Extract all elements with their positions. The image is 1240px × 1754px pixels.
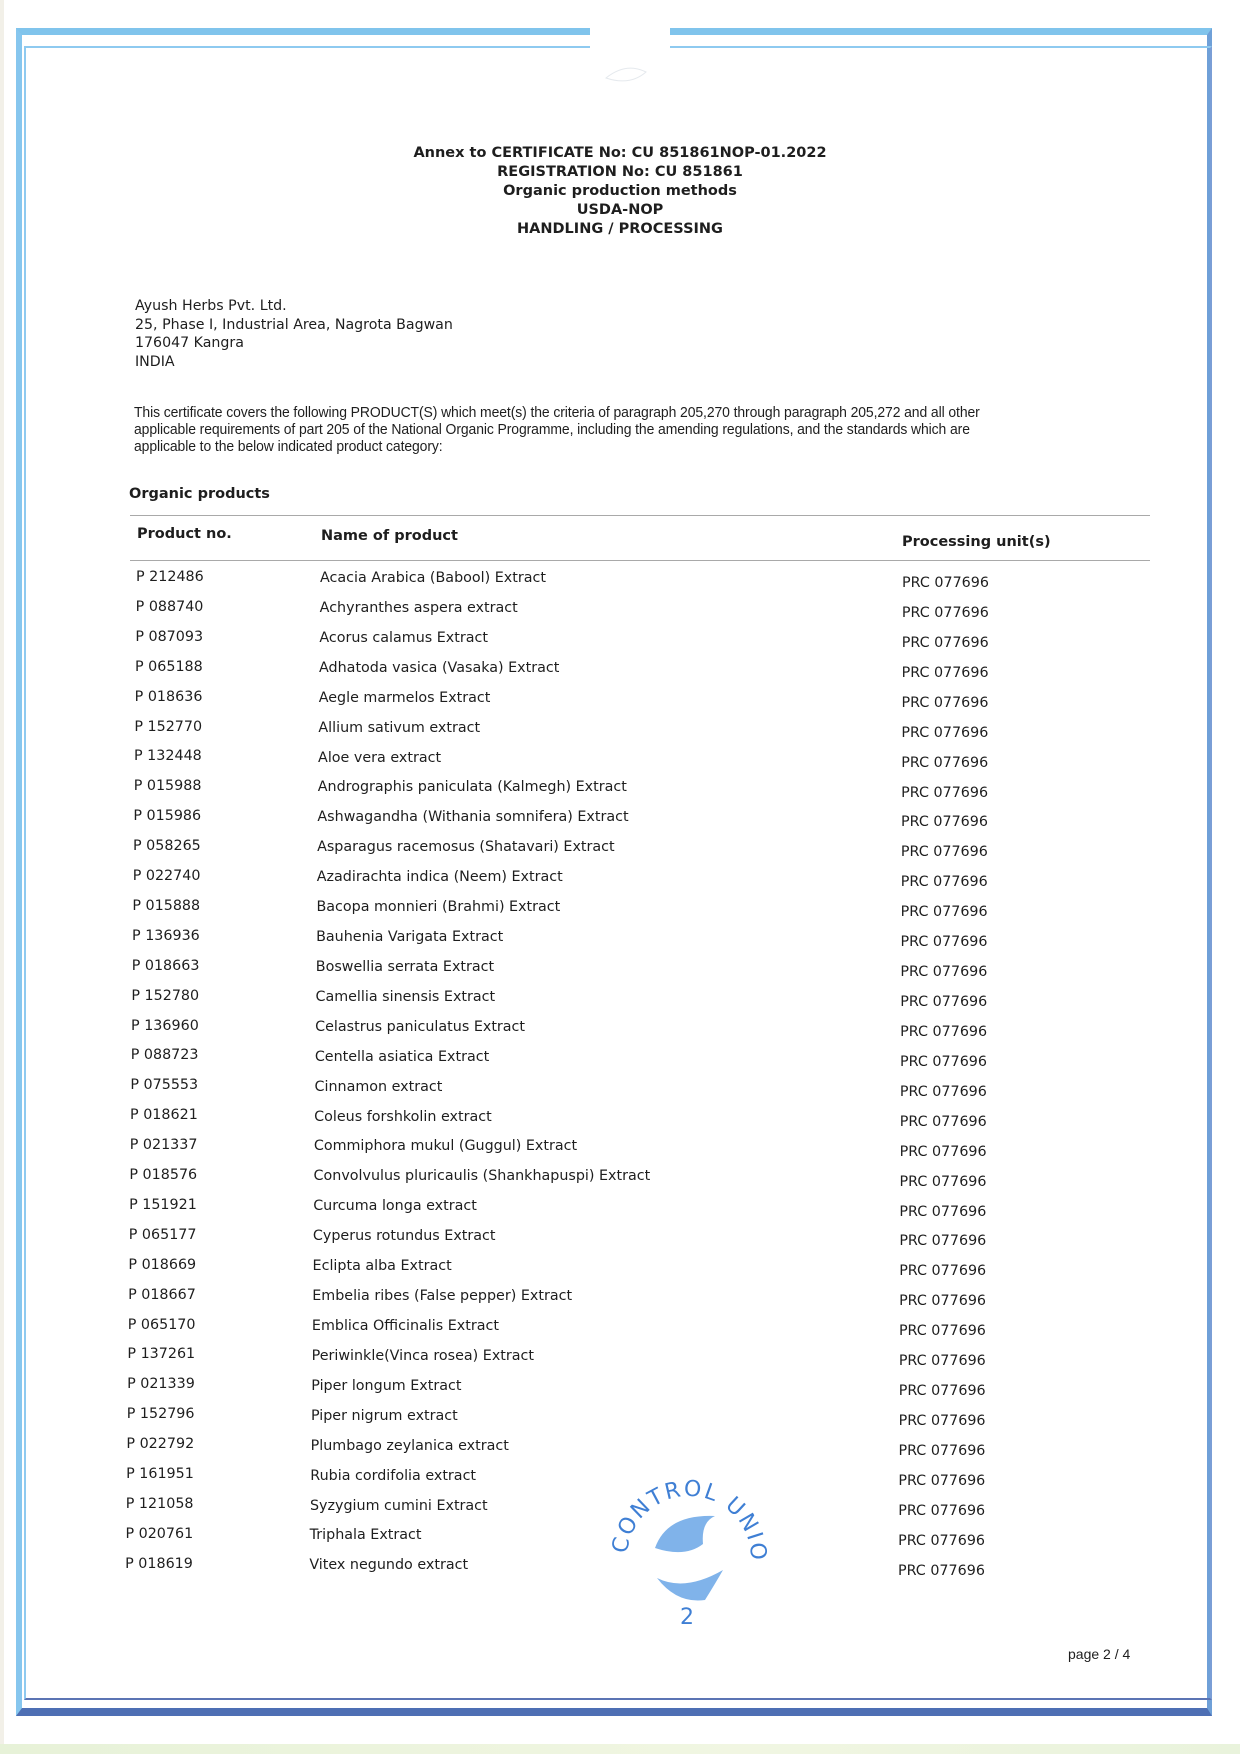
product-name: Vitex negundo extract [309, 1557, 468, 1573]
processing-unit: PRC 077696 [901, 934, 988, 950]
table-row: P 132448Aloe vera extractPRC 077696 [0, 748, 1240, 778]
table-row: P 151921Curcuma longa extractPRC 077696 [0, 1197, 1240, 1227]
country: INDIA [135, 353, 453, 372]
processing-unit: PRC 077696 [901, 814, 988, 830]
processing-unit: PRC 077696 [902, 605, 989, 621]
operator-address: Ayush Herbs Pvt. Ltd. 25, Phase I, Indus… [135, 297, 453, 371]
table-row: P 018636Aegle marmelos ExtractPRC 077696 [0, 689, 1240, 719]
product-name: Plumbago zeylanica extract [311, 1438, 509, 1454]
table-row: P 212486Acacia Arabica (Babool) ExtractP… [0, 569, 1240, 599]
product-name: Aloe vera extract [318, 750, 441, 766]
table-row: P 065188Adhatoda vasica (Vasaka) Extract… [0, 659, 1240, 689]
product-number: P 065177 [129, 1227, 197, 1243]
product-name: Piper longum Extract [311, 1378, 461, 1394]
product-number: P 018636 [135, 689, 203, 705]
processing-unit: PRC 077696 [900, 1084, 987, 1100]
product-number: P 152780 [131, 988, 199, 1004]
product-number: P 021337 [130, 1137, 198, 1153]
product-number: P 015888 [132, 898, 200, 914]
processing-unit: PRC 077696 [898, 1533, 985, 1549]
processing-unit: PRC 077696 [902, 695, 989, 711]
product-name: Boswellia serrata Extract [316, 959, 494, 975]
product-number: P 065188 [135, 659, 203, 675]
product-number: P 058265 [133, 838, 201, 854]
product-name: Ashwagandha (Withania somnifera) Extract [317, 809, 628, 825]
product-number: P 018663 [132, 958, 200, 974]
product-number: P 022740 [133, 868, 201, 884]
column-header-product-name: Name of product [321, 528, 458, 544]
table-row: P 022740Azadirachta indica (Neem) Extrac… [0, 868, 1240, 898]
product-number: P 161951 [126, 1466, 194, 1482]
processing-unit: PRC 077696 [901, 785, 988, 801]
processing-unit: PRC 077696 [898, 1443, 985, 1459]
street: 25, Phase I, Industrial Area, Nagrota Ba… [135, 316, 453, 335]
processing-unit: PRC 077696 [899, 1323, 986, 1339]
processing-unit: PRC 077696 [899, 1293, 986, 1309]
certificate-number: Annex to CERTIFICATE No: CU 851861NOP-01… [0, 144, 1240, 163]
processing-unit: PRC 077696 [900, 1144, 987, 1160]
table-row: P 018669Eclipta alba ExtractPRC 077696 [0, 1257, 1240, 1287]
product-number: P 018669 [128, 1257, 196, 1273]
processing-unit: PRC 077696 [902, 665, 989, 681]
processing-unit: PRC 077696 [899, 1413, 986, 1429]
product-number: P 137261 [127, 1346, 195, 1362]
product-name: Cyperus rotundus Extract [313, 1228, 496, 1244]
processing-unit: PRC 077696 [898, 1563, 985, 1579]
intro-line: This certificate covers the following PR… [134, 404, 1092, 421]
processing-unit: PRC 077696 [901, 844, 988, 860]
product-name: Syzygium cumini Extract [310, 1498, 488, 1514]
product-number: P 121058 [126, 1496, 194, 1512]
svg-text:2: 2 [680, 1605, 694, 1628]
processing-unit: PRC 077696 [898, 1473, 985, 1489]
product-name: Piper nigrum extract [311, 1408, 458, 1424]
product-name: Convolvulus pluricaulis (Shankhapuspi) E… [314, 1168, 651, 1184]
processing-unit: PRC 077696 [900, 1054, 987, 1070]
processing-unit: PRC 077696 [900, 994, 987, 1010]
product-name: Triphala Extract [310, 1527, 422, 1543]
table-row: P 018663Boswellia serrata ExtractPRC 077… [0, 958, 1240, 988]
table-row: P 152770Allium sativum extractPRC 077696 [0, 719, 1240, 749]
product-name: Bacopa monnieri (Brahmi) Extract [316, 899, 560, 915]
table-header-rule [130, 560, 1150, 561]
table-row: P 021337Commiphora mukul (Guggul) Extrac… [0, 1137, 1240, 1167]
table-top-rule [130, 515, 1150, 516]
table-row: P 088723Centella asiatica ExtractPRC 077… [0, 1047, 1240, 1077]
city: 176047 Kangra [135, 334, 453, 353]
product-name: Cinnamon extract [315, 1079, 443, 1095]
table-row: P 152780Camellia sinensis ExtractPRC 077… [0, 988, 1240, 1018]
product-name: Centella asiatica Extract [315, 1049, 489, 1065]
table-row: P 075553Cinnamon extractPRC 077696 [0, 1077, 1240, 1107]
product-number: P 020761 [125, 1526, 193, 1542]
processing-unit: PRC 077696 [900, 964, 987, 980]
processing-unit: PRC 077696 [900, 1114, 987, 1130]
processing-unit: PRC 077696 [901, 755, 988, 771]
processing-unit: PRC 077696 [902, 575, 989, 591]
registration-number: REGISTRATION No: CU 851861 [0, 163, 1240, 182]
table-row: P 065177Cyperus rotundus ExtractPRC 0776… [0, 1227, 1240, 1257]
table-row: P 136936Bauhenia Varigata ExtractPRC 077… [0, 928, 1240, 958]
product-number: P 018621 [130, 1107, 198, 1123]
product-number: P 018667 [128, 1287, 196, 1303]
table-row: P 018667Embelia ribes (False pepper) Ext… [0, 1287, 1240, 1317]
product-name: Curcuma longa extract [313, 1198, 477, 1214]
processing-unit: PRC 077696 [899, 1263, 986, 1279]
product-name: Coleus forshkolin extract [314, 1109, 492, 1125]
table-row: P 015986Ashwagandha (Withania somnifera)… [0, 808, 1240, 838]
product-name: Bauhenia Varigata Extract [316, 929, 503, 945]
product-number: P 015986 [133, 808, 201, 824]
processing-unit: PRC 077696 [899, 1353, 986, 1369]
product-number: P 088740 [136, 599, 204, 615]
product-name: Rubia cordifolia extract [310, 1468, 476, 1484]
border-gap [590, 20, 670, 56]
table-row: P 065170Emblica Officinalis ExtractPRC 0… [0, 1317, 1240, 1347]
product-number: P 018619 [125, 1556, 193, 1572]
intro-line: applicable to the below indicated produc… [134, 438, 1092, 455]
product-name: Embelia ribes (False pepper) Extract [312, 1288, 572, 1304]
column-header-processing-units: Processing unit(s) [902, 534, 1051, 550]
table-row: P 136960Celastrus paniculatus ExtractPRC… [0, 1018, 1240, 1048]
control-union-stamp-icon: CONTROL UNION 2 [605, 1458, 775, 1628]
processing-unit: PRC 077696 [899, 1233, 986, 1249]
product-name: Asparagus racemosus (Shatavari) Extract [317, 839, 615, 855]
processing-unit: PRC 077696 [902, 635, 989, 651]
table-row: P 087093Acorus calamus ExtractPRC 077696 [0, 629, 1240, 659]
product-name: Commiphora mukul (Guggul) Extract [314, 1138, 577, 1154]
product-name: Acorus calamus Extract [319, 630, 488, 646]
intro-line: applicable requirements of part 205 of t… [134, 421, 1092, 438]
product-name: Acacia Arabica (Babool) Extract [320, 570, 546, 586]
product-name: Achyranthes aspera extract [320, 600, 518, 616]
table-row: P 015988Andrographis paniculata (Kalmegh… [0, 778, 1240, 808]
standard-name: USDA-NOP [0, 201, 1240, 220]
processing-unit: PRC 077696 [901, 725, 988, 741]
column-header-product-no: Product no. [137, 526, 232, 542]
table-row: P 088740Achyranthes aspera extractPRC 07… [0, 599, 1240, 629]
product-name: Emblica Officinalis Extract [312, 1318, 499, 1334]
product-name: Celastrus paniculatus Extract [315, 1019, 525, 1035]
product-number: P 088723 [131, 1047, 199, 1063]
table-row: P 137261Periwinkle(Vinca rosea) ExtractP… [0, 1346, 1240, 1376]
production-method: Organic production methods [0, 182, 1240, 201]
product-name: Andrographis paniculata (Kalmegh) Extrac… [318, 779, 627, 795]
table-row: P 152796Piper nigrum extractPRC 077696 [0, 1406, 1240, 1436]
scope: HANDLING / PROCESSING [0, 220, 1240, 239]
product-number: P 065170 [128, 1317, 196, 1333]
table-row: P 018621Coleus forshkolin extractPRC 077… [0, 1107, 1240, 1137]
section-title: Organic products [129, 486, 270, 502]
certificate-scope-text: This certificate covers the following PR… [134, 404, 1092, 455]
processing-unit: PRC 077696 [901, 904, 988, 920]
processing-unit: PRC 077696 [899, 1383, 986, 1399]
product-name: Eclipta alba Extract [313, 1258, 452, 1274]
processing-unit: PRC 077696 [900, 1024, 987, 1040]
product-number: P 151921 [129, 1197, 197, 1213]
page-number: page 2 / 4 [1068, 1646, 1130, 1662]
product-number: P 015988 [134, 778, 202, 794]
product-number: P 152770 [134, 719, 202, 735]
processing-unit: PRC 077696 [901, 874, 988, 890]
table-row: P 015888Bacopa monnieri (Brahmi) Extract… [0, 898, 1240, 928]
table-row: P 018576Convolvulus pluricaulis (Shankha… [0, 1167, 1240, 1197]
company-name: Ayush Herbs Pvt. Ltd. [135, 297, 453, 316]
product-name: Adhatoda vasica (Vasaka) Extract [319, 660, 559, 676]
processing-unit: PRC 077696 [899, 1204, 986, 1220]
product-name: Azadirachta indica (Neem) Extract [317, 869, 563, 885]
product-number: P 022792 [126, 1436, 194, 1452]
scan-edge-bottom [0, 1744, 1240, 1754]
product-number: P 136936 [132, 928, 200, 944]
product-number: P 212486 [136, 569, 204, 585]
product-number: P 152796 [127, 1406, 195, 1422]
certificate-header: Annex to CERTIFICATE No: CU 851861NOP-01… [0, 144, 1240, 239]
product-name: Allium sativum extract [318, 720, 480, 736]
product-number: P 132448 [134, 748, 202, 764]
crest-emblem-icon [596, 56, 656, 96]
product-number: P 136960 [131, 1018, 199, 1034]
product-name: Aegle marmelos Extract [319, 690, 491, 706]
product-number: P 021339 [127, 1376, 195, 1392]
product-number: P 075553 [130, 1077, 198, 1093]
product-name: Camellia sinensis Extract [315, 989, 495, 1005]
product-name: Periwinkle(Vinca rosea) Extract [312, 1348, 534, 1364]
table-row: P 058265Asparagus racemosus (Shatavari) … [0, 838, 1240, 868]
processing-unit: PRC 077696 [898, 1503, 985, 1519]
processing-unit: PRC 077696 [900, 1174, 987, 1190]
product-number: P 087093 [135, 629, 203, 645]
product-number: P 018576 [129, 1167, 197, 1183]
table-row: P 021339Piper longum ExtractPRC 077696 [0, 1376, 1240, 1406]
